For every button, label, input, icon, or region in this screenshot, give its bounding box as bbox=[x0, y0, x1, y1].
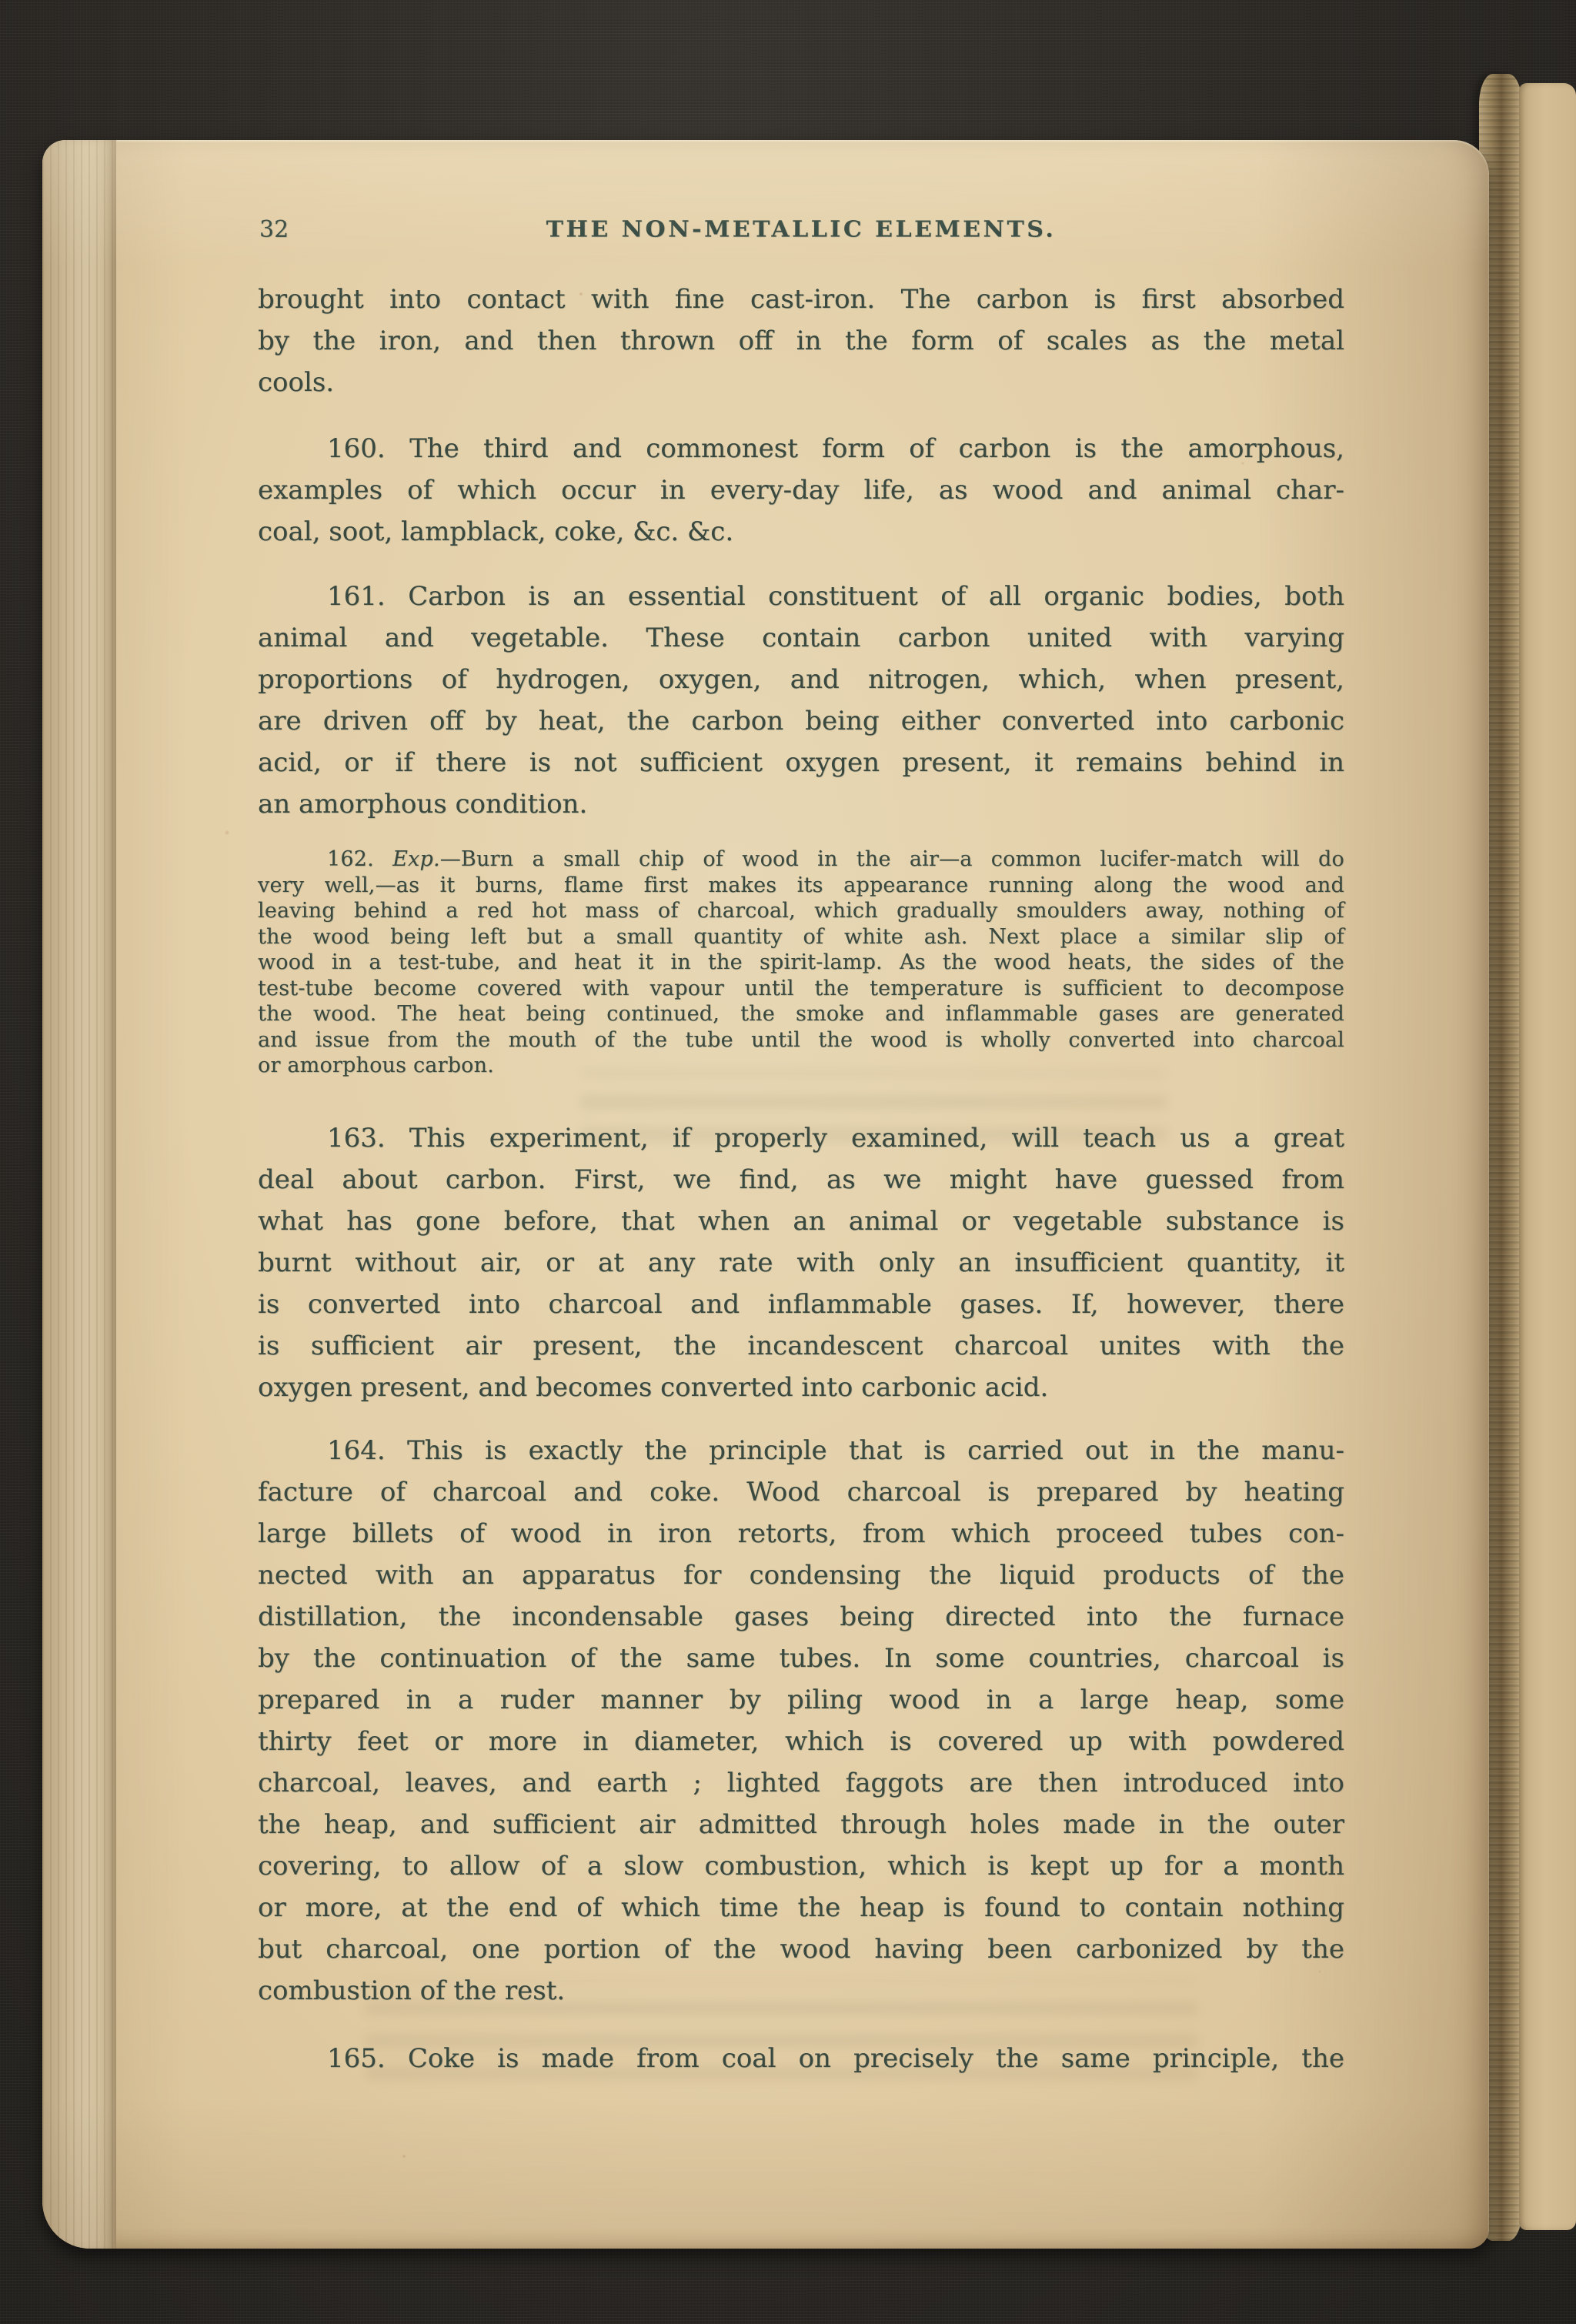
text-line: proportions of hydrogen, oxygen, and nit… bbox=[258, 659, 1344, 700]
text-line: by the iron, and then thrown off in the … bbox=[258, 320, 1344, 362]
text-line: burnt without air, or at any rate with o… bbox=[258, 1242, 1344, 1284]
text-line: coal, soot, lampblack, coke, &c. &c. bbox=[258, 511, 1344, 553]
text-line: by the continuation of the same tubes. I… bbox=[258, 1638, 1344, 1679]
text-line: cools. bbox=[258, 362, 1344, 403]
text-line: and issue from the mouth of the tube unt… bbox=[258, 1027, 1344, 1053]
text-line: an amorphous condition. bbox=[258, 783, 1344, 825]
text-line: 164. This is exactly the principle that … bbox=[258, 1430, 1344, 1471]
text-line: examples of which occur in every-day lif… bbox=[258, 469, 1344, 511]
scanned-book-photo: 32 THE NON-METALLIC ELEMENTS. brought in… bbox=[0, 0, 1576, 2324]
text-line: the heap, and sufficient air admitted th… bbox=[258, 1804, 1344, 1845]
text-line: distillation, the incondensable gases be… bbox=[258, 1596, 1344, 1638]
adjacent-page-edge bbox=[1519, 83, 1576, 2230]
text-line: charcoal, leaves, and earth ; lighted fa… bbox=[258, 1762, 1344, 1804]
text-line: large billets of wood in iron retorts, f… bbox=[258, 1513, 1344, 1554]
text-line: but charcoal, one portion of the wood ha… bbox=[258, 1928, 1344, 1970]
text-line: the wood. The heat being continued, the … bbox=[258, 1001, 1344, 1027]
text-line: brought into contact with fine cast-iron… bbox=[258, 279, 1344, 320]
text-line: nected with an apparatus for condensing … bbox=[258, 1554, 1344, 1596]
text-line: 162. Exp.—Burn a small chip of wood in t… bbox=[258, 846, 1344, 873]
text-line: deal about carbon. First, we find, as we… bbox=[258, 1159, 1344, 1200]
paragraph-165: 165. Coke is made from coal on precisely… bbox=[258, 2038, 1344, 2079]
text-line: is converted into charcoal and inflammab… bbox=[258, 1284, 1344, 1325]
text-line: the wood being left but a small quantity… bbox=[258, 924, 1344, 950]
text-line: what has gone before, that when an anima… bbox=[258, 1200, 1344, 1242]
paragraph-164: 164. This is exactly the principle that … bbox=[258, 1430, 1344, 2012]
text-line: acid, or if there is not sufficient oxyg… bbox=[258, 742, 1344, 783]
paragraph-161: 161. Carbon is an essential constituent … bbox=[258, 576, 1344, 825]
page-text: 32 THE NON-METALLIC ELEMENTS. brought in… bbox=[258, 140, 1344, 2249]
page-stack-edge bbox=[42, 140, 116, 2249]
text-line: animal and vegetable. These contain carb… bbox=[258, 617, 1344, 659]
text-line: or amorphous carbon. bbox=[258, 1053, 1344, 1079]
text-line: prepared in a ruder manner by piling woo… bbox=[258, 1679, 1344, 1721]
text-line: combustion of the rest. bbox=[258, 1970, 1344, 2012]
text-line: wood in a test-tube, and heat it in the … bbox=[258, 950, 1344, 976]
paragraph-160: 160. The third and commonest form of car… bbox=[258, 428, 1344, 553]
text-fragment: —Burn a small chip of wood in the air—a … bbox=[440, 847, 1344, 871]
experiment-label: Exp. bbox=[392, 847, 440, 871]
text-line: thirty feet or more in diameter, which i… bbox=[258, 1721, 1344, 1762]
text-line: 163. This experiment, if properly examin… bbox=[258, 1117, 1344, 1159]
paragraph-number: 162. bbox=[327, 847, 392, 871]
text-line: 161. Carbon is an essential constituent … bbox=[258, 576, 1344, 617]
book-page: 32 THE NON-METALLIC ELEMENTS. brought in… bbox=[42, 140, 1489, 2249]
text-line: covering, to allow of a slow combustion,… bbox=[258, 1845, 1344, 1887]
paragraph-162-experiment: 162. Exp.—Burn a small chip of wood in t… bbox=[258, 846, 1344, 1079]
text-line: leaving behind a red hot mass of charcoa… bbox=[258, 898, 1344, 924]
running-header: 32 THE NON-METALLIC ELEMENTS. bbox=[258, 216, 1344, 247]
text-line: are driven off by heat, the carbon being… bbox=[258, 700, 1344, 742]
paragraph-continuation: brought into contact with fine cast-iron… bbox=[258, 279, 1344, 403]
text-line: test-tube become covered with vapour unt… bbox=[258, 976, 1344, 1002]
text-line: 165. Coke is made from coal on precisely… bbox=[258, 2038, 1344, 2079]
text-line: is sufficient air present, the incandesc… bbox=[258, 1325, 1344, 1367]
text-line: oxygen present, and becomes converted in… bbox=[258, 1367, 1344, 1408]
running-title: THE NON-METALLIC ELEMENTS. bbox=[258, 217, 1344, 243]
paragraph-163: 163. This experiment, if properly examin… bbox=[258, 1117, 1344, 1408]
text-line: 160. The third and commonest form of car… bbox=[258, 428, 1344, 469]
text-line: very well,—as it burns, flame first make… bbox=[258, 873, 1344, 899]
text-line: or more, at the end of which time the he… bbox=[258, 1887, 1344, 1928]
text-line: facture of charcoal and coke. Wood charc… bbox=[258, 1471, 1344, 1513]
